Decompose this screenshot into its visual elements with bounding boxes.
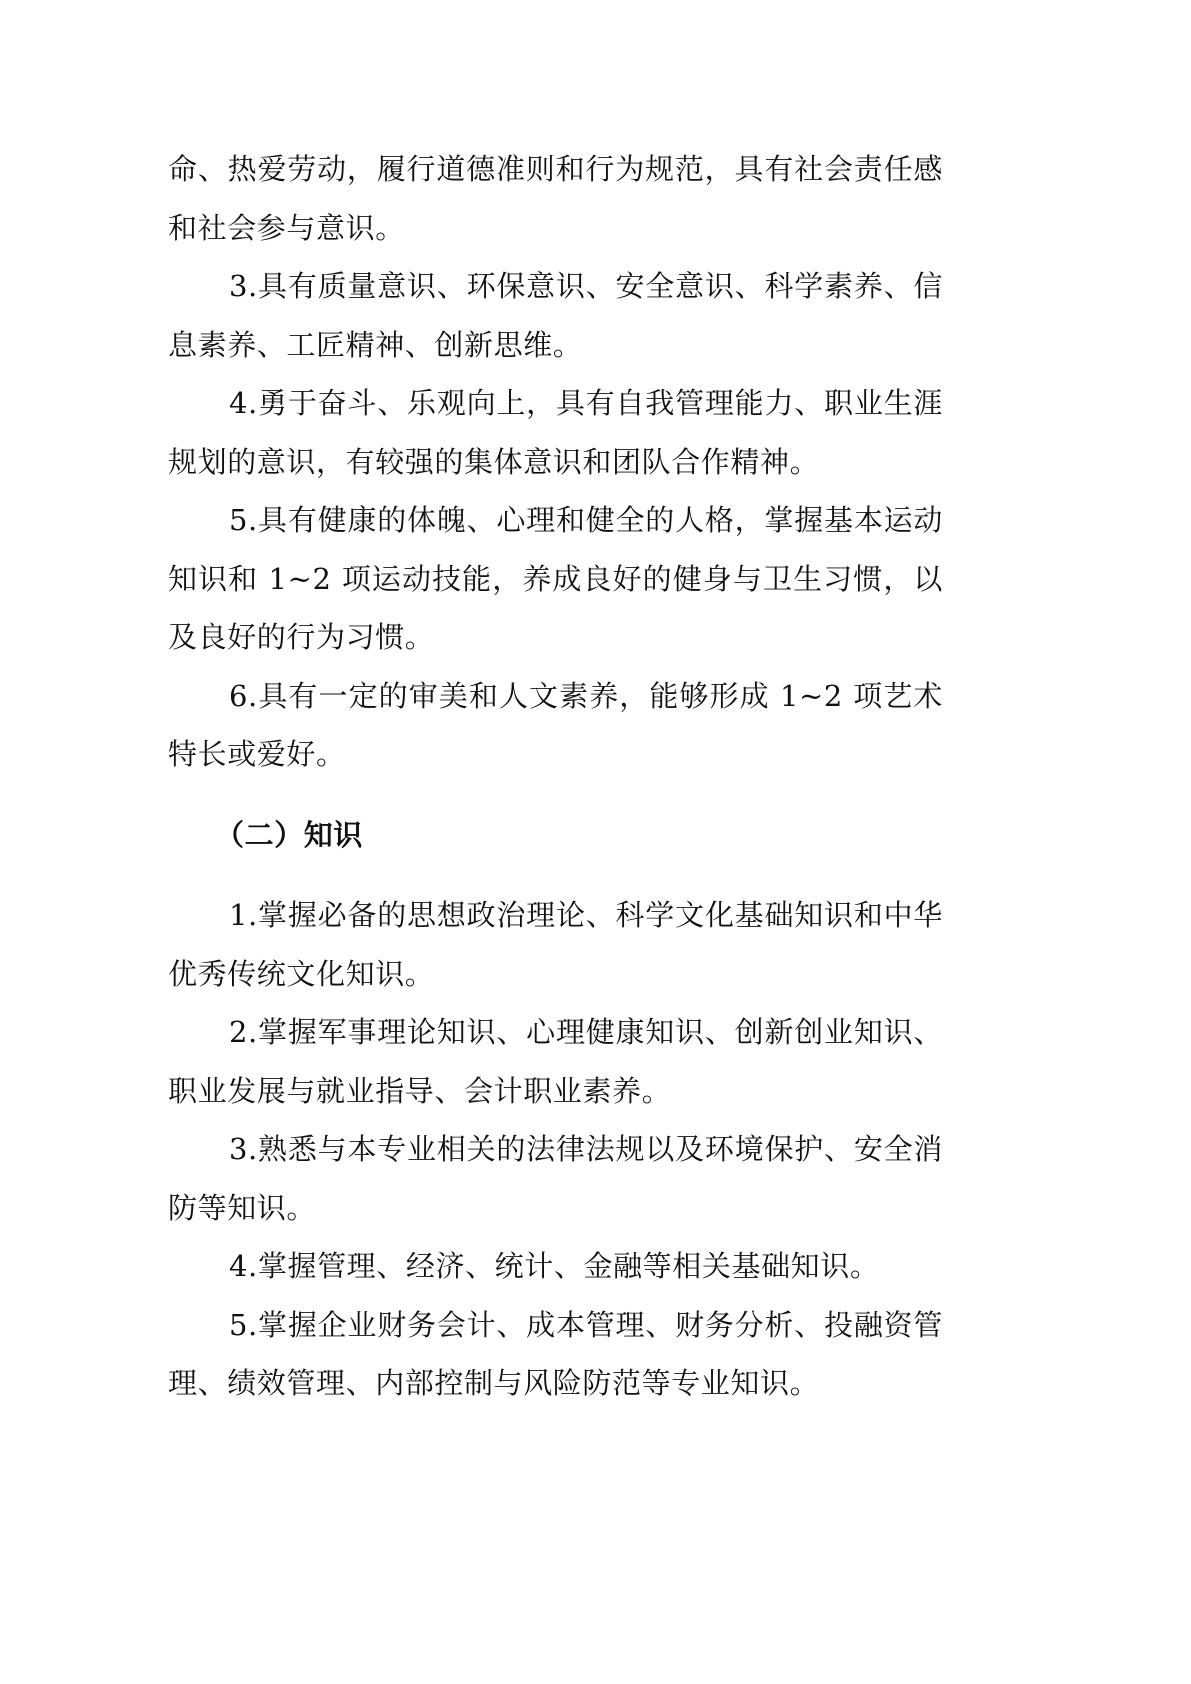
section-heading-text: （二）知识 — [215, 818, 363, 852]
section-heading-knowledge: （二）知识 — [168, 806, 943, 865]
paragraph-continuation: 命、热爱劳动，履行道德准则和行为规范，具有社会责任感和社会参与意识。 — [168, 140, 943, 257]
document-page: 命、热爱劳动，履行道德准则和行为规范，具有社会责任感和社会参与意识。 3.具有质… — [168, 140, 943, 1413]
paragraph-knowledge-5: 5.掌握企业财务会计、成本管理、财务分析、投融资管理、绩效管理、内部控制与风险防… — [168, 1296, 943, 1413]
paragraph-aesthetics: 6.具有一定的审美和人文素养，能够形成 1~2 项艺术特长或爱好。 — [168, 667, 943, 784]
paragraph-knowledge-4: 4.掌握管理、经济、统计、金融等相关基础知识。 — [168, 1237, 943, 1296]
paragraph-quality-awareness: 3.具有质量意识、环保意识、安全意识、科学素养、信息素养、工匠精神、创新思维。 — [168, 257, 943, 374]
paragraph-health: 5.具有健康的体魄、心理和健全的人格，掌握基本运动知识和 1~2 项运动技能，养… — [168, 491, 943, 667]
paragraph-knowledge-3: 3.熟悉与本专业相关的法律法规以及环境保护、安全消防等知识。 — [168, 1120, 943, 1237]
paragraph-knowledge-1: 1.掌握必备的思想政治理论、科学文化基础知识和中华优秀传统文化知识。 — [168, 886, 943, 1003]
paragraph-teamwork: 4.勇于奋斗、乐观向上，具有自我管理能力、职业生涯规划的意识，有较强的集体意识和… — [168, 374, 943, 491]
paragraph-knowledge-2: 2.掌握军事理论知识、心理健康知识、创新创业知识、职业发展与就业指导、会计职业素… — [168, 1003, 943, 1120]
